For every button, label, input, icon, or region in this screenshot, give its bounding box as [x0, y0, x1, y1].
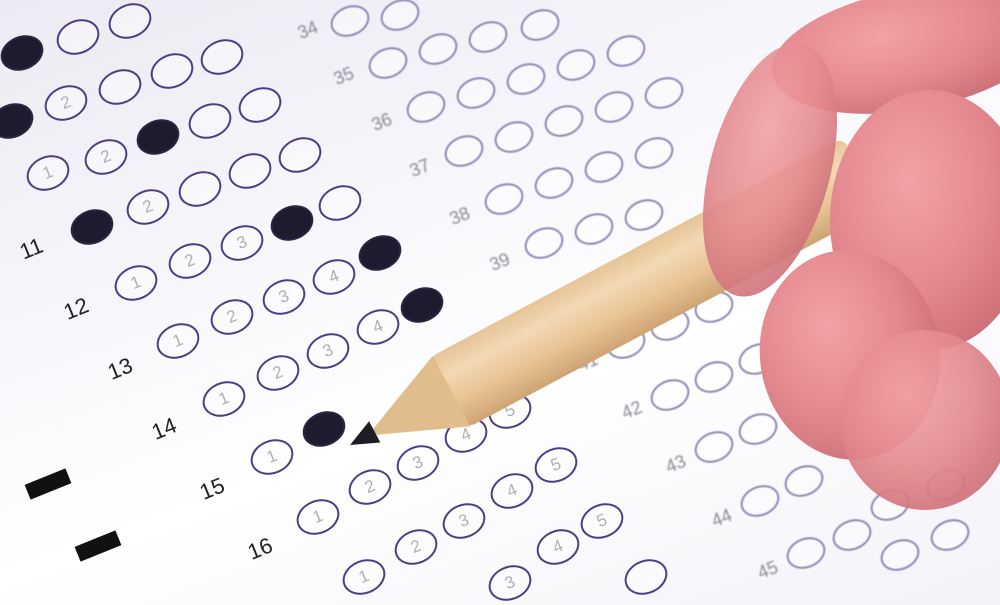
answer-bubble[interactable]: 2 [251, 349, 305, 397]
answer-bubble[interactable]: 2 [163, 237, 217, 285]
answer-bubble[interactable]: 4 [351, 303, 405, 351]
answer-bubble[interactable]: 3 [301, 327, 355, 375]
answer-bubble[interactable] [464, 16, 512, 59]
answer-bubble[interactable] [876, 534, 924, 577]
answer-bubble-filled[interactable] [353, 229, 407, 277]
answer-bubble[interactable]: 2 [121, 183, 175, 231]
question-number: 39 [487, 249, 513, 276]
question-number: 12 [60, 292, 92, 325]
answer-bubble[interactable]: 3 [483, 559, 537, 605]
answer-bubble-filled[interactable] [131, 113, 185, 161]
answer-bubble[interactable] [376, 0, 424, 36]
answer-bubble[interactable]: 2 [79, 133, 133, 181]
answer-bubble[interactable] [326, 0, 374, 42]
answer-bubble[interactable] [452, 72, 500, 115]
question-number: 43 [663, 451, 689, 478]
answer-sheet-photo: 11 12 13 14 15 16 2 2 1 2 2 3 1 [0, 0, 1000, 605]
answer-bubble[interactable] [103, 0, 157, 45]
answer-bubble[interactable] [364, 42, 412, 85]
answer-bubble[interactable]: 3 [437, 497, 491, 545]
answer-bubble[interactable]: 3 [215, 219, 269, 267]
answer-bubble[interactable] [640, 72, 688, 115]
timing-mark [25, 468, 72, 499]
question-number: 14 [148, 412, 180, 445]
question-number: 37 [407, 155, 433, 182]
question-number: 13 [104, 352, 136, 385]
answer-bubble[interactable] [313, 179, 367, 227]
answer-bubble[interactable] [502, 58, 550, 101]
answer-bubble-filled[interactable] [265, 199, 319, 247]
answer-bubble[interactable]: 1 [245, 433, 299, 481]
answer-bubble-filled[interactable] [395, 281, 449, 329]
answer-bubble[interactable] [402, 86, 450, 129]
answer-bubble[interactable] [516, 4, 564, 47]
answer-bubble[interactable]: 5 [529, 441, 583, 489]
answer-bubble-filled[interactable] [0, 97, 39, 145]
answer-bubble[interactable]: 1 [291, 493, 345, 541]
question-number: 42 [619, 397, 645, 424]
question-number: 34 [295, 17, 321, 44]
question-number: 11 [16, 233, 47, 266]
question-number: 36 [369, 109, 395, 136]
answer-bubble[interactable] [580, 146, 628, 189]
answer-bubble[interactable] [145, 47, 199, 95]
answer-bubble[interactable] [173, 165, 227, 213]
little-finger [840, 330, 1000, 510]
answer-bubble[interactable] [93, 63, 147, 111]
answer-bubble[interactable] [183, 97, 237, 145]
answer-bubble[interactable] [520, 222, 568, 265]
answer-bubble[interactable] [590, 86, 638, 129]
question-number: 35 [331, 63, 357, 90]
answer-bubble[interactable] [619, 553, 673, 601]
answer-bubble[interactable] [440, 130, 488, 173]
answer-bubble[interactable] [51, 13, 105, 61]
answer-bubble[interactable] [620, 194, 668, 237]
answer-bubble[interactable] [630, 132, 678, 175]
question-number: 15 [196, 472, 228, 505]
answer-bubble[interactable]: 3 [257, 273, 311, 321]
answer-bubble[interactable] [552, 44, 600, 87]
question-number: 38 [447, 203, 473, 230]
answer-bubble[interactable] [480, 178, 528, 221]
answer-bubble[interactable] [540, 100, 588, 143]
answer-bubble[interactable]: 4 [531, 523, 585, 571]
answer-bubble[interactable]: 5 [575, 497, 629, 545]
answer-bubble[interactable]: 4 [307, 253, 361, 301]
answer-bubble[interactable] [530, 162, 578, 205]
answer-bubble[interactable] [414, 28, 462, 71]
answer-bubble[interactable]: 1 [21, 149, 75, 197]
answer-bubble[interactable] [490, 116, 538, 159]
hand [700, 0, 1000, 540]
question-number: 16 [244, 532, 276, 565]
answer-bubble[interactable] [570, 208, 618, 251]
answer-bubble[interactable]: 4 [485, 467, 539, 515]
answer-bubble[interactable]: 1 [151, 317, 205, 365]
answer-bubble[interactable]: 1 [109, 259, 163, 307]
answer-bubble[interactable]: 1 [337, 553, 391, 601]
answer-bubble[interactable] [233, 81, 287, 129]
timing-mark [75, 530, 122, 561]
answer-bubble[interactable] [602, 30, 650, 73]
answer-bubble-filled[interactable] [0, 29, 49, 77]
question-number: 45 [755, 557, 781, 584]
answer-bubble[interactable]: 2 [389, 523, 443, 571]
answer-bubble-filled[interactable] [65, 203, 119, 251]
answer-bubble[interactable] [646, 374, 694, 417]
answer-bubble[interactable] [195, 33, 249, 81]
answer-bubble[interactable] [223, 147, 277, 195]
answer-bubble[interactable] [273, 131, 327, 179]
answer-bubble[interactable]: 1 [197, 375, 251, 423]
answer-bubble[interactable]: 2 [205, 293, 259, 341]
answer-bubble[interactable]: 2 [39, 79, 93, 127]
